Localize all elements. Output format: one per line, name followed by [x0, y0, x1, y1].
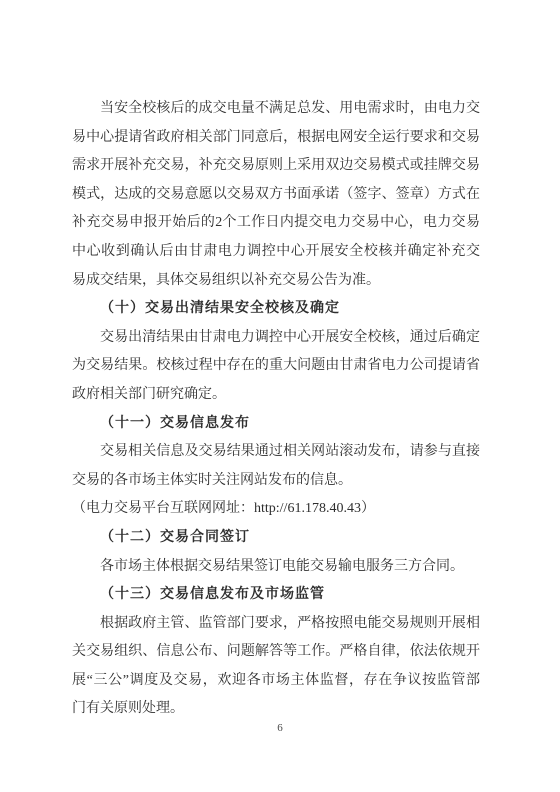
text-line: 交易出清结果由甘肃电力调控中心开展安全校核，通过后确定 — [72, 324, 480, 353]
document-body: 当安全校核后的成交电量不满足总发、用电需求时，由电力交易中心提请省政府相关部门同… — [72, 95, 480, 724]
paragraph: 根据政府主管、监管部门要求，严格按照电能交易规则开展相关交易组织、信息公布、问题… — [72, 610, 480, 724]
text-line: 中心收到确认后由甘肃电力调控中心开展安全校核并确定补充交 — [72, 238, 480, 267]
text-line: 政府相关部门研究确定。 — [72, 381, 480, 410]
paragraph: （电力交易平台互联网网址：http://61.178.40.43） — [72, 495, 480, 524]
text-line: 各市场主体根据交易结果签订电能交易输电服务三方合同。 — [72, 553, 480, 582]
text-line: 当安全校核后的成交电量不满足总发、用电需求时，由电力交 — [72, 95, 480, 124]
text-line: 交易相关信息及交易结果通过相关网站滚动发布，请参与直接 — [72, 438, 480, 467]
text-line: 交易的各市场主体实时关注网站发布的信息。 — [72, 467, 480, 496]
text-line: 门有关原则处理。 — [72, 695, 480, 724]
text-line: 展“三公”调度及交易，欢迎各市场主体监督，存在争议按监管部 — [72, 667, 480, 696]
text-line: （十三）交易信息发布及市场监管 — [72, 581, 480, 610]
text-line: （十二）交易合同签订 — [72, 524, 480, 553]
paragraph: 交易出清结果由甘肃电力调控中心开展安全校核，通过后确定为交易结果。校核过程中存在… — [72, 324, 480, 410]
text-line: 需求开展补充交易，补充交易原则上采用双边交易模式或挂牌交易 — [72, 152, 480, 181]
text-line: （十一）交易信息发布 — [72, 410, 480, 439]
text-line: 根据政府主管、监管部门要求，严格按照电能交易规则开展相 — [72, 610, 480, 639]
page-number: 6 — [0, 722, 560, 734]
paragraph: 交易相关信息及交易结果通过相关网站滚动发布，请参与直接交易的各市场主体实时关注网… — [72, 438, 480, 495]
text-line: 模式，达成的交易意愿以交易双方书面承诺（签字、签章）方式在 — [72, 181, 480, 210]
text-line: 关交易组织、信息公布、问题解答等工作。严格自律，依法依规开 — [72, 638, 480, 667]
paragraph: 各市场主体根据交易结果签订电能交易输电服务三方合同。 — [72, 553, 480, 582]
text-line: 为交易结果。校核过程中存在的重大问题由甘肃省电力公司提请省 — [72, 352, 480, 381]
paragraph: 当安全校核后的成交电量不满足总发、用电需求时，由电力交易中心提请省政府相关部门同… — [72, 95, 480, 295]
text-line: 补充交易申报开始后的2个工作日内提交电力交易中心，电力交易 — [72, 209, 480, 238]
text-line: （十）交易出清结果安全校核及确定 — [72, 295, 480, 324]
text-line: 易中心提请省政府相关部门同意后，根据电网安全运行要求和交易 — [72, 124, 480, 153]
section-heading: （十三）交易信息发布及市场监管 — [72, 581, 480, 610]
section-heading: （十二）交易合同签订 — [72, 524, 480, 553]
section-heading: （十）交易出清结果安全校核及确定 — [72, 295, 480, 324]
text-line: 易成交结果，具体交易组织以补充交易公告为准。 — [72, 267, 480, 296]
text-line: （电力交易平台互联网网址：http://61.178.40.43） — [72, 495, 480, 524]
document-page: 当安全校核后的成交电量不满足总发、用电需求时，由电力交易中心提请省政府相关部门同… — [0, 0, 560, 792]
section-heading: （十一）交易信息发布 — [72, 410, 480, 439]
